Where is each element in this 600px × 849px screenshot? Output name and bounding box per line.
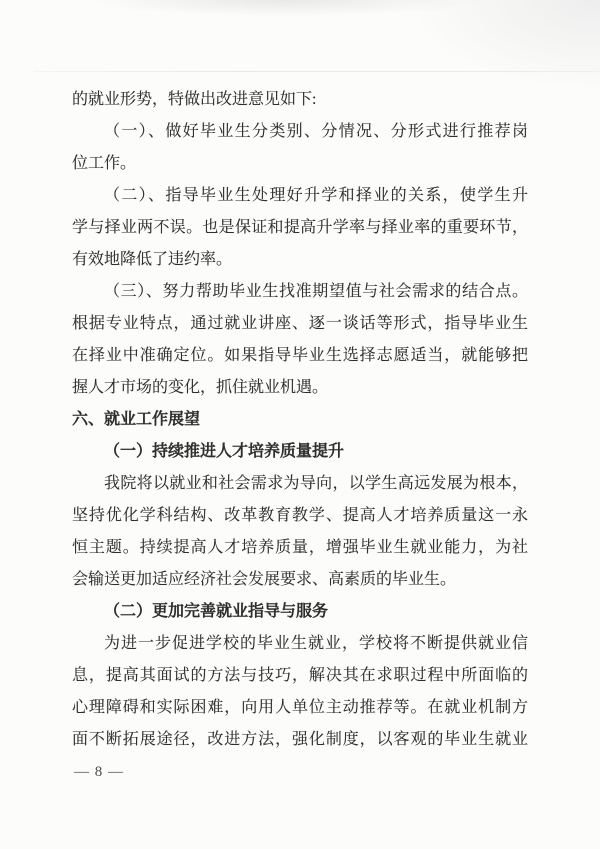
text-line: 我院将以就业和社会需求为导向，以学生高远发展为根本， [72,468,528,500]
scan-fold-line [34,71,600,72]
text-line: 有效地降低了违约率。 [72,244,528,276]
text-line: （二）、指导毕业生处理好升学和择业的关系，使学生升 [72,180,528,212]
text-line: 在择业中准确定位。如果指导毕业生选择志愿适当，就能够把 [72,340,528,372]
text-line: 根据专业特点，通过就业讲座、逐一谈话等形式，指导毕业生 [72,308,528,340]
scanned-document-page: 的就业形势，特做出改进意见如下:（一）、做好毕业生分类别、分情况、分形式进行推荐… [0,0,600,849]
document-body: 的就业形势，特做出改进意见如下:（一）、做好毕业生分类别、分情况、分形式进行推荐… [72,84,528,756]
scan-shadow-top-right [400,0,600,95]
text-line: 学与择业两不误。也是保证和提高升学率与择业率的重要环节， [72,212,528,244]
text-line: 心理障碍和实际困难，向用人单位主动推荐等。在就业机制方 [72,692,528,724]
text-line: 面不断拓展途径，改进方法，强化制度，以客观的毕业生就业 [72,724,528,756]
text-line: 为进一步促进学校的毕业生就业，学校将不断提供就业信 [72,628,528,660]
text-line: （三）、努力帮助毕业生找准期望值与社会需求的结合点。 [72,276,528,308]
page-footer: — 8 — [74,762,124,782]
text-line: 的就业形势，特做出改进意见如下: [72,84,528,116]
text-line: 坚持优化学科结构、改革教育教学、提高人才培养质量这一永 [72,500,528,532]
text-line: 握人才市场的变化，抓住就业机遇。 [72,372,528,404]
text-line: 息，提高其面试的方法与技巧，解决其在求职过程中所面临的 [72,660,528,692]
page-number: — 8 — [74,764,124,780]
text-line: 恒主题。持续提高人才培养质量，增强毕业生就业能力，为社 [72,532,528,564]
heading-line: 六、就业工作展望 [72,404,528,436]
text-line: （一）、做好毕业生分类别、分情况、分形式进行推荐岗 [72,116,528,148]
heading-line: （二）更加完善就业指导与服务 [72,596,528,628]
text-line: 位工作。 [72,148,528,180]
text-line: 会输送更加适应经济社会发展要求、高素质的毕业生。 [72,564,528,596]
scan-shadow-top [90,0,480,16]
heading-line: （一）持续推进人才培养质量提升 [72,436,528,468]
